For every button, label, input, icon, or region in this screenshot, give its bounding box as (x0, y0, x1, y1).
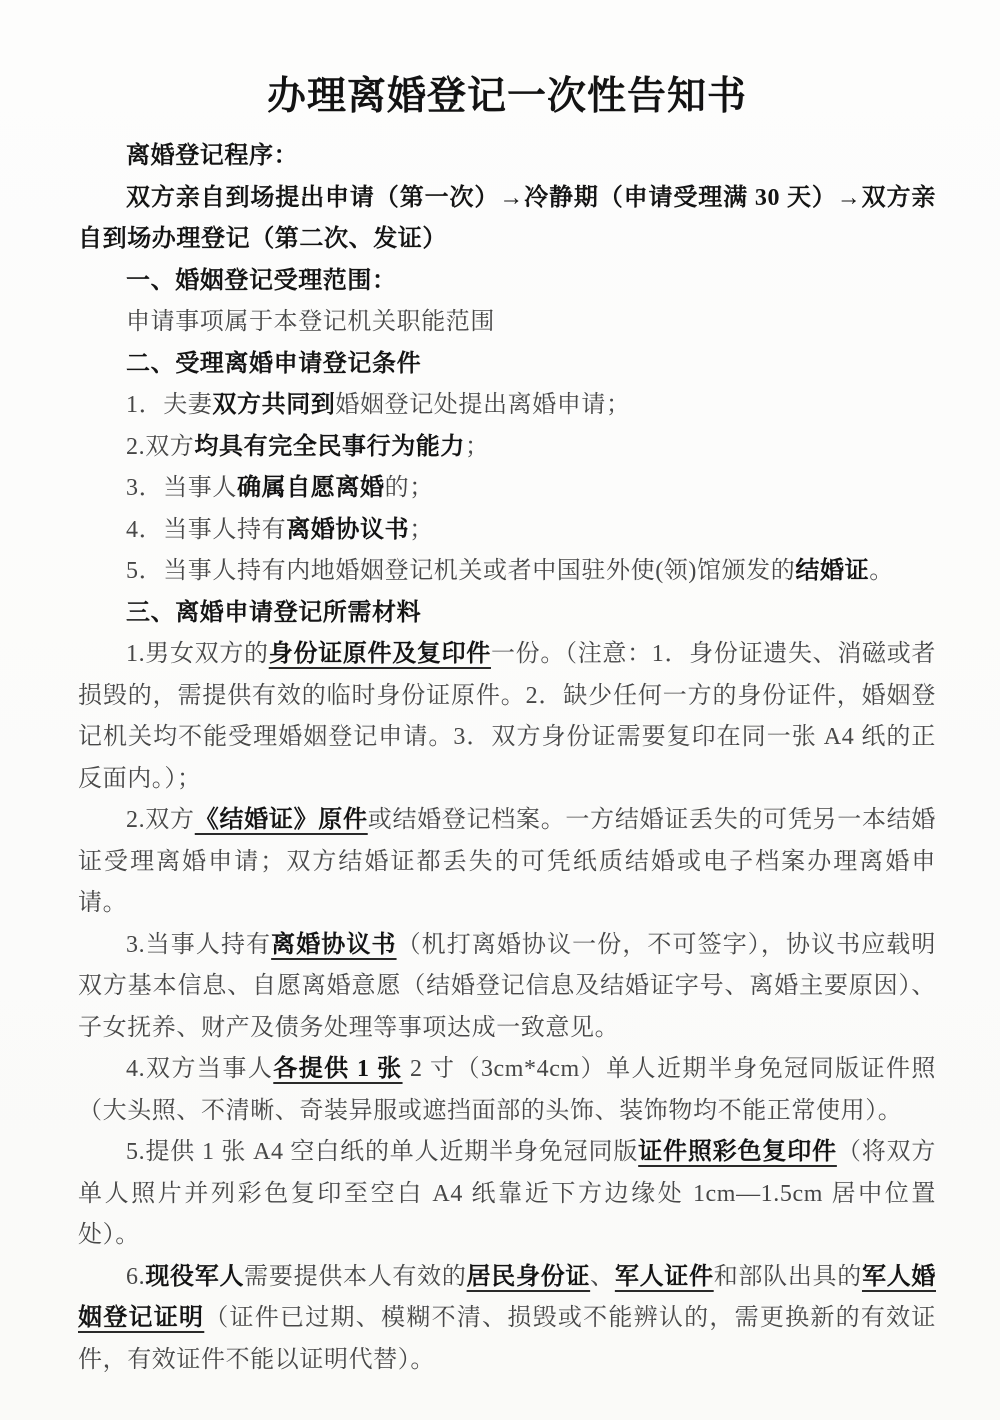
text-segment: 离婚协议书 (271, 932, 396, 958)
text-segment: 二、受理离婚申请登记条件 (126, 351, 421, 377)
text-segment: 现役军人 (145, 1264, 244, 1290)
text-segment: 结婚证 (795, 558, 869, 584)
section-1-body: 申请事项属于本登记机关职能范围 (78, 302, 936, 344)
document-body: 离婚登记程序：双方亲自到场提出申请（第一次）→冷静期（申请受理满 30 天）→双… (78, 136, 936, 1381)
section-3-item-2: 2.双方《结婚证》原件或结婚登记档案。一方结婚证丢失的可凭另一本结婚证受理离婚申… (78, 800, 936, 925)
text-segment: 确属自愿离婚 (237, 475, 385, 501)
text-segment: 居民身份证 (467, 1264, 591, 1290)
text-segment: 。 (869, 558, 894, 584)
section-3-item-6: 6.现役军人需要提供本人有效的居民身份证、军人证件和部队出具的军人婚姻登记证明（… (78, 1257, 936, 1382)
text-segment: 申请事项属于本登记机关职能范围 (126, 309, 495, 335)
section-1-heading: 一、婚姻登记受理范围： (78, 261, 936, 303)
section-2-item-1: 1．夫妻双方共同到婚姻登记处提出离婚申请； (78, 385, 936, 427)
text-segment: ； (409, 517, 434, 543)
text-segment: 4.双方当事人 (126, 1056, 273, 1082)
procedure-flow: 双方亲自到场提出申请（第一次）→冷静期（申请受理满 30 天）→双方亲自到场办理… (78, 178, 936, 261)
text-segment: 5．当事人持有内地婚姻登记机关或者中国驻外使(领)馆颁发的 (126, 558, 795, 584)
text-segment: ； (465, 434, 490, 460)
text-segment: 2.双方 (126, 434, 194, 460)
section-2-item-5: 5．当事人持有内地婚姻登记机关或者中国驻外使(领)馆颁发的结婚证。 (78, 551, 936, 593)
text-segment: 的； (385, 475, 434, 501)
text-segment: 、 (590, 1264, 615, 1290)
text-segment: 离婚登记程序： (126, 143, 298, 169)
section-2-item-4: 4．当事人持有离婚协议书； (78, 510, 936, 552)
section-3-heading: 三、离婚申请登记所需材料 (78, 593, 936, 635)
section-3-item-5: 5.提供 1 张 A4 空白纸的单人近期半身免冠同版证件照彩色复印件（将双方单人… (78, 1132, 936, 1257)
text-segment: 4．当事人持有 (126, 517, 286, 543)
text-segment: 均具有完全民事行为能力 (194, 434, 465, 460)
section-2-item-2: 2.双方均具有完全民事行为能力； (78, 427, 936, 469)
text-segment: 三、离婚申请登记所需材料 (126, 600, 421, 626)
section-2-item-3: 3．当事人确属自愿离婚的； (78, 468, 936, 510)
text-segment: （证件已过期、模糊不清、损毁或不能辨认的，需更换新的有效证件，有效证件不能以证明… (78, 1305, 936, 1373)
text-segment: 各提供 1 张 (273, 1056, 402, 1082)
document-page: 办理离婚登记一次性告知书 离婚登记程序：双方亲自到场提出申请（第一次）→冷静期（… (0, 0, 1000, 1420)
text-segment: 军人证件 (615, 1264, 714, 1290)
text-segment: 《结婚证》原件 (195, 807, 368, 833)
text-segment: 2.双方 (126, 807, 195, 833)
text-segment: 一、婚姻登记受理范围： (126, 268, 397, 294)
text-segment: 3.当事人持有 (126, 932, 271, 958)
section-2-heading: 二、受理离婚申请登记条件 (78, 344, 936, 386)
text-segment: 6. (126, 1264, 145, 1290)
document-title: 办理离婚登记一次性告知书 (78, 72, 936, 122)
text-segment: 和部队出具的 (714, 1264, 862, 1290)
text-segment: 5.提供 1 张 A4 空白纸的单人近期半身免冠同版 (126, 1139, 638, 1165)
section-3-item-3: 3.当事人持有离婚协议书（机打离婚协议一份，不可签字），协议书应载明双方基本信息… (78, 925, 936, 1050)
section-3-item-1: 1.男女双方的身份证原件及复印件一份。（注意：1．身份证遗失、消磁或者损毁的，需… (78, 634, 936, 800)
procedure-label: 离婚登记程序： (78, 136, 936, 178)
text-segment: 婚姻登记处提出离婚申请； (335, 392, 630, 418)
section-3-item-4: 4.双方当事人各提供 1 张 2 寸（3cm*4cm）单人近期半身免冠同版证件照… (78, 1049, 936, 1132)
text-segment: 需要提供本人有效的 (244, 1264, 466, 1290)
text-segment: 证件照彩色复印件 (638, 1139, 837, 1165)
text-segment: 离婚协议书 (286, 517, 409, 543)
text-segment: 双方亲自到场提出申请（第一次）→冷静期（申请受理满 30 天）→双方亲自到场办理… (78, 185, 936, 253)
text-segment: 身份证原件及复印件 (269, 641, 491, 667)
text-segment: 1．夫妻 (126, 392, 212, 418)
text-segment: 双方共同到 (212, 392, 335, 418)
text-segment: 3．当事人 (126, 475, 237, 501)
text-segment: 1.男女双方的 (126, 641, 269, 667)
